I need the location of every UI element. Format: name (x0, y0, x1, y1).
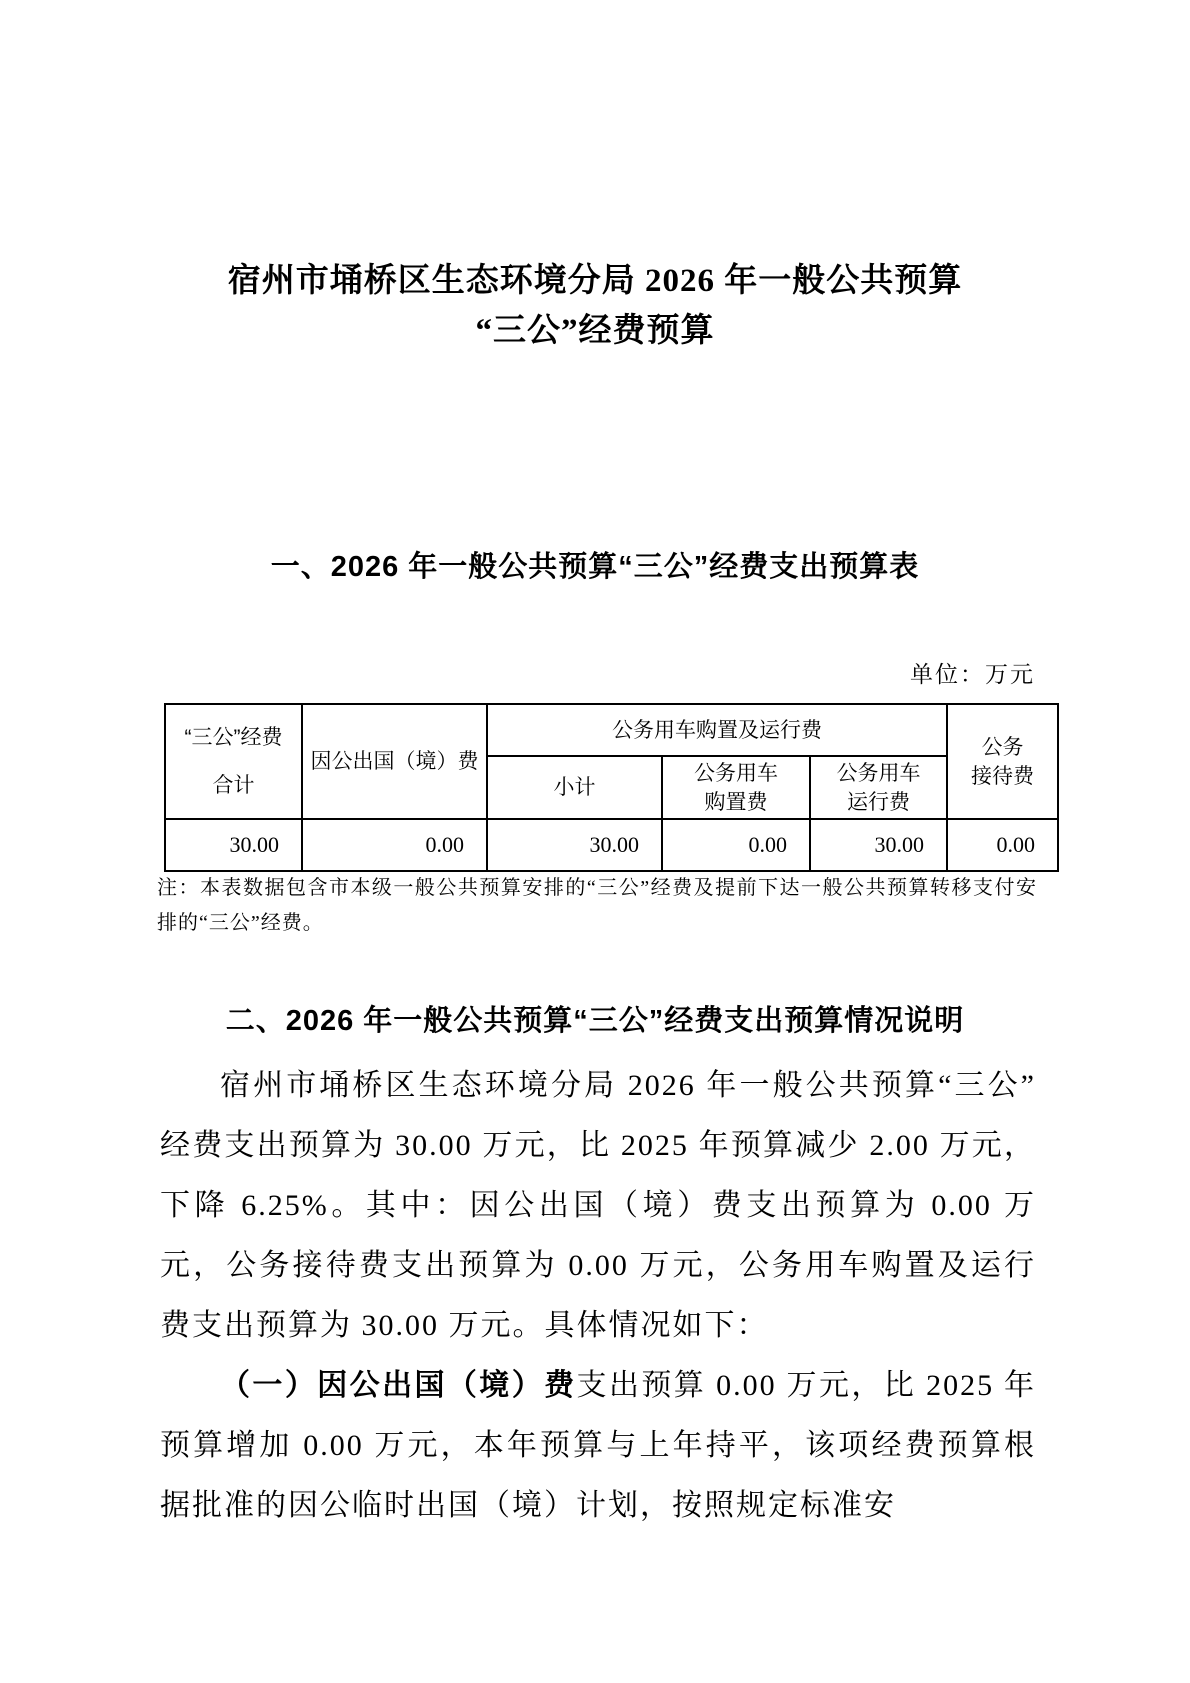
body-text: 宿州市埇桥区生态环境分局 2026 年一般公共预算“三公”经费支出预算为 30.… (160, 1056, 1036, 1536)
paragraph-abroad-lead: （一）因公出国（境）费 (220, 1369, 577, 1402)
value-cell-sangong-total: 30.00 (165, 819, 302, 871)
unit-label: 单位：万元 (164, 662, 1035, 688)
value-cell-vehicle-purchase: 0.00 (662, 819, 810, 871)
section1-heading: 一、2026 年一般公共预算“三公”经费支出预算表 (0, 551, 1190, 583)
value-cell-abroad-fee: 0.00 (302, 819, 487, 871)
document-page: 宿州市埇桥区生态环境分局 2026 年一般公共预算 “三公”经费预算 一、202… (0, 0, 1190, 1683)
document-title-line-2: “三公”经费预算 (0, 306, 1190, 356)
header-cell-vehicle-purchase: 公务用车 购置费 (662, 756, 810, 819)
value-cell-vehicle-operation: 30.00 (810, 819, 947, 871)
document-title: 宿州市埇桥区生态环境分局 2026 年一般公共预算 “三公”经费预算 (0, 256, 1190, 356)
header-cell-abroad-fee: 因公出国（境）费 (302, 704, 487, 819)
value-cell-vehicle-subtotal: 30.00 (487, 819, 662, 871)
paragraph-abroad: （一）因公出国（境）费支出预算 0.00 万元，比 2025 年预算增加 0.0… (160, 1356, 1036, 1536)
header-cell-reception-fee: 公务 接待费 (947, 704, 1058, 819)
header-cell-vehicle-subtotal: 小计 (487, 756, 662, 819)
document-title-line-1: 宿州市埇桥区生态环境分局 2026 年一般公共预算 (0, 256, 1190, 306)
section2-heading: 二、2026 年一般公共预算“三公”经费支出预算情况说明 (0, 1005, 1190, 1037)
header-cell-sangong-total: “三公”经费 合计 (165, 704, 302, 819)
table-header-row-1: “三公”经费 合计 因公出国（境）费 公务用车购置及运行费 公务 接待费 (165, 704, 1058, 756)
header-cell-vehicle-group: 公务用车购置及运行费 (487, 704, 947, 756)
header-cell-vehicle-operation: 公务用车 运行费 (810, 756, 947, 819)
table-data-row: 30.00 0.00 30.00 0.00 30.00 0.00 (165, 819, 1058, 871)
budget-table: “三公”经费 合计 因公出国（境）费 公务用车购置及运行费 公务 接待费 小计 … (164, 703, 1059, 872)
paragraph-overview: 宿州市埇桥区生态环境分局 2026 年一般公共预算“三公”经费支出预算为 30.… (160, 1056, 1036, 1356)
value-cell-reception-fee: 0.00 (947, 819, 1058, 871)
table-note: 注：本表数据包含市本级一般公共预算安排的“三公”经费及提前下达一般公共预算转移支… (157, 871, 1037, 941)
